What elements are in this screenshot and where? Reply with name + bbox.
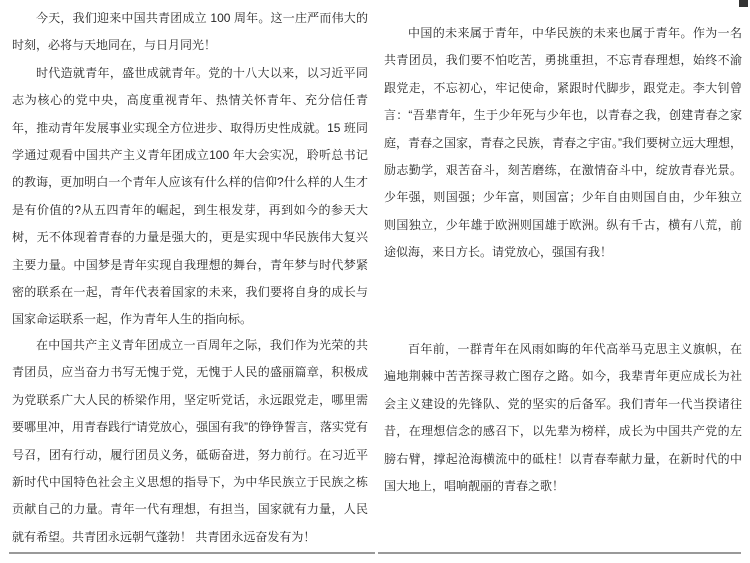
paragraph: 中国的未来属于青年，中华民族的未来也属于青年。作为一名共青团员，我们要不怕吃苦，… — [384, 20, 742, 267]
cropped-text-fragment — [739, 0, 748, 7]
paragraph: 今天，我们迎来中国共青团成立 100 周年。这一庄严而伟大的时刻，必将与天地同在… — [12, 5, 368, 60]
essay-block-top-left: 今天，我们迎来中国共青团成立 100 周年。这一庄严而伟大的时刻，必将与天地同在… — [12, 5, 368, 334]
divider-line-right — [378, 552, 741, 554]
essay-block-bottom-left: 在中国共产主义青年团成立一百周年之际，我们作为光荣的共青团员，应当奋力书写无愧于… — [12, 332, 368, 551]
paragraph: 时代造就青年，盛世成就青年。党的十八大以来，以习近平同志为核心的党中央，高度重视… — [12, 60, 368, 334]
essay-block-top-right: 中国的未来属于青年，中华民族的未来也属于青年。作为一名共青团员，我们要不怕吃苦，… — [384, 20, 742, 267]
divider-line-left — [9, 552, 375, 554]
paragraph: 在中国共产主义青年团成立一百周年之际，我们作为光荣的共青团员，应当奋力书写无愧于… — [12, 332, 368, 551]
paragraph: 百年前，一群青年在风雨如晦的年代高举马克思主义旗帜，在遍地荆棘中苦苦探寻救亡图存… — [384, 336, 742, 500]
essay-block-bottom-right: 百年前，一群青年在风雨如晦的年代高举马克思主义旗帜，在遍地荆棘中苦苦探寻救亡图存… — [384, 336, 742, 500]
